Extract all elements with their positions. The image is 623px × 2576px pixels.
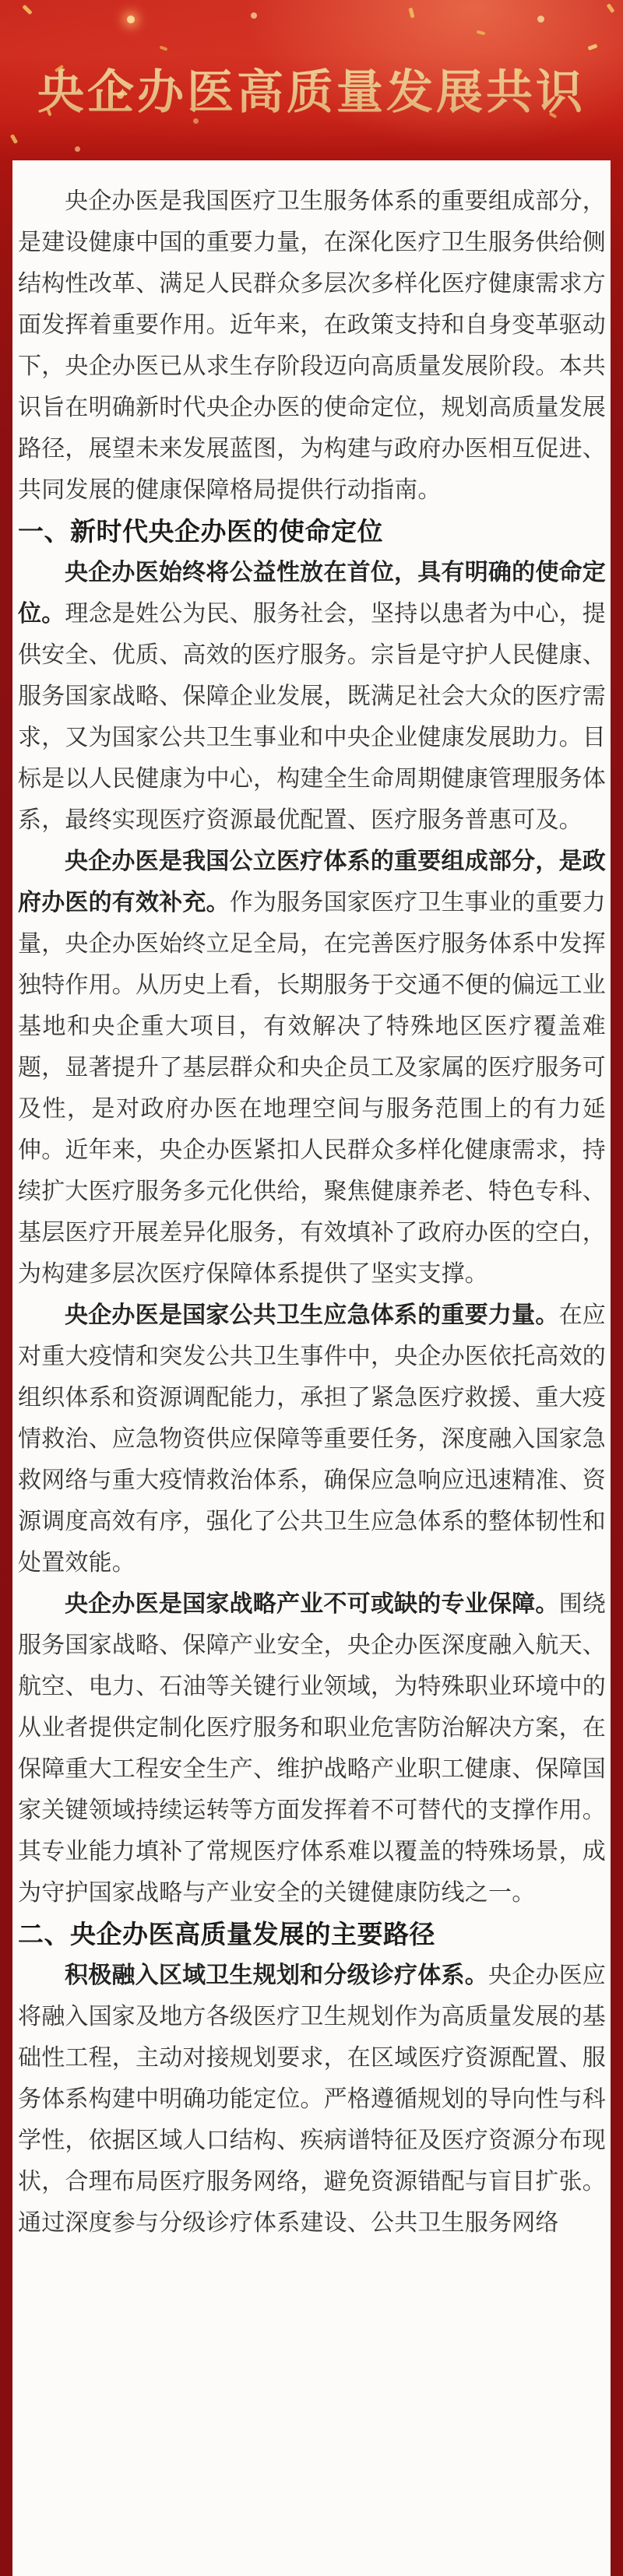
section-heading-mission: 一、新时代央企办医的使命定位 bbox=[18, 511, 606, 552]
article-card: 央企办医是我国医疗卫生服务体系的重要组成部分，是建设健康中国的重要力量，在深化医… bbox=[12, 160, 611, 2576]
intro-paragraph: 央企办医是我国医疗卫生服务体系的重要组成部分，是建设健康中国的重要力量，在深化医… bbox=[18, 181, 606, 511]
section-heading-paths: 二、央企办医高质量发展的主要路径 bbox=[18, 1914, 606, 1955]
confetti-particle bbox=[117, 92, 124, 99]
paragraph-body: 央企办医应将融入国家及地方各级医疗卫生规划作为高质量发展的基础性工程，主动对接规… bbox=[18, 1963, 606, 2236]
confetti-particle bbox=[10, 134, 18, 144]
article-paragraph: 央企办医是国家战略产业不可或缺的专业保障。围绕服务国家战略、保障产业安全，央企办… bbox=[18, 1583, 606, 1914]
confetti-particle bbox=[251, 12, 257, 19]
paragraph-body: 在应对重大疫情和突发公共卫生事件中，央企办医依托高效的组织体系和资源调配能力，承… bbox=[18, 1302, 606, 1576]
paragraph-body: 作为服务国家医疗卫生事业的重要力量，央企办医始终立足全局，在完善医疗服务体系中发… bbox=[18, 890, 606, 1287]
paragraph-lead: 积极融入区域卫生规划和分级诊疗体系。 bbox=[65, 1963, 488, 1988]
page-banner: 央企办医高质量发展共识 bbox=[0, 0, 623, 160]
article-paragraph: 积极融入区域卫生规划和分级诊疗体系。央企办医应将融入国家及地方各级医疗卫生规划作… bbox=[18, 1955, 606, 2244]
banner-title: 央企办医高质量发展共识 bbox=[0, 0, 623, 118]
article-paragraph: 央企办医始终将公益性放在首位，具有明确的使命定位。理念是姓公为民、服务社会，坚持… bbox=[18, 552, 606, 841]
paragraph-lead: 央企办医是国家战略产业不可或缺的专业保障。 bbox=[65, 1591, 559, 1617]
paragraph-body: 围绕服务国家战略、保障产业安全，央企办医深度融入航天、航空、电力、石油等关键行业… bbox=[18, 1591, 606, 1906]
article-page: 央企办医高质量发展共识 央企办医是我国医疗卫生服务体系的重要组成部分，是建设健康… bbox=[0, 0, 623, 2576]
article-paragraph: 央企办医是我国公立医疗体系的重要组成部分，是政府办医的有效补充。作为服务国家医疗… bbox=[18, 841, 606, 1295]
confetti-particle bbox=[537, 16, 544, 23]
confetti-particle bbox=[127, 16, 135, 23]
paragraph-lead: 央企办医是国家公共卫生应急体系的重要力量。 bbox=[65, 1302, 559, 1328]
article-paragraph: 央企办医是国家公共卫生应急体系的重要力量。在应对重大疫情和突发公共卫生事件中，央… bbox=[18, 1295, 606, 1583]
paragraph-body: 理念是姓公为民、服务社会，坚持以患者为中心，提供安全、优质、高效的医疗服务。宗旨… bbox=[18, 601, 606, 833]
confetti-particle bbox=[75, 146, 80, 152]
confetti-particle bbox=[193, 118, 199, 124]
